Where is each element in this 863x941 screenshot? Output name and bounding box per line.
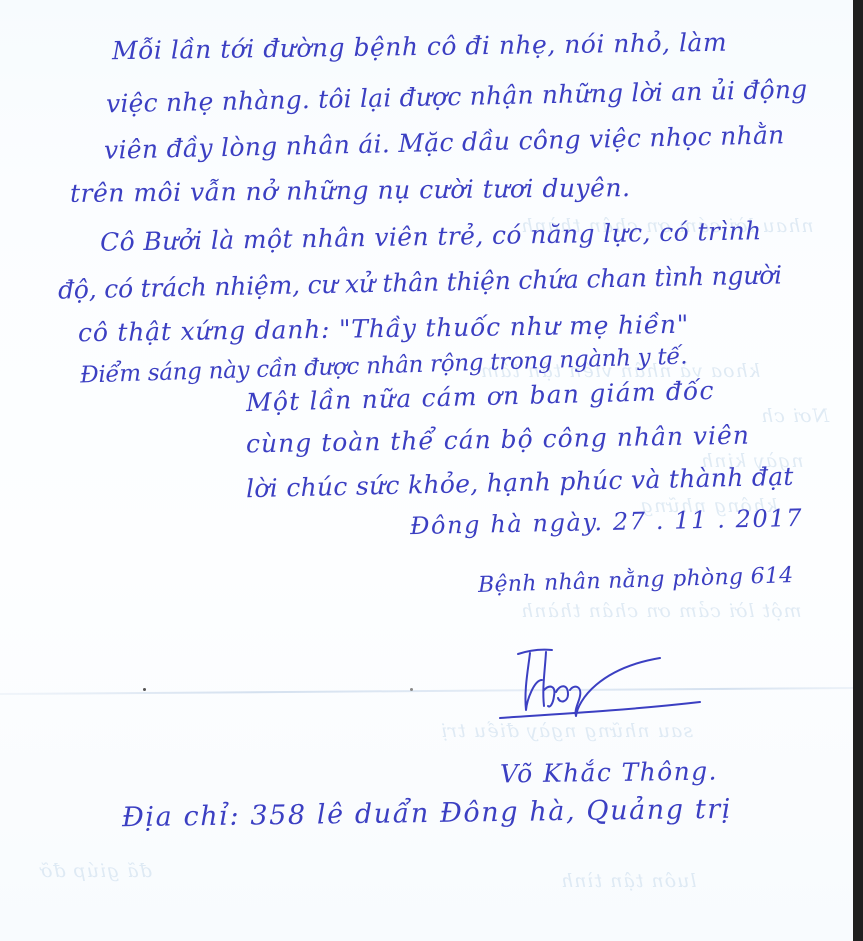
letter-line: Một lần nữa cám ơn ban giám đốc: [246, 378, 715, 415]
letter-line: trên môi vẫn nở những nụ cười tươi duyên…: [70, 175, 631, 206]
signature-scribble-icon: [490, 640, 730, 730]
letter-paper: nhau lời cám ơn chân thành khoa và nhân …: [0, 0, 853, 941]
letter-line: cùng toàn thể cán bộ công nhân viên: [246, 423, 750, 457]
letter-line: viên đầy lòng nhân ái. Mặc dầu công việc…: [104, 122, 785, 162]
letter-line: Cô Bưởi là một nhân viên trẻ, có năng lự…: [100, 218, 762, 255]
sender-note: Bệnh nhân nằng phòng 614: [478, 565, 794, 597]
ink-speck: [143, 688, 146, 691]
signature: [490, 640, 730, 730]
bleed-through-text: Nơi ch: [760, 405, 829, 427]
place-date: Đông hà ngày. 27 . 11 . 2017: [410, 506, 804, 538]
bleed-through-text: luôn tận tình: [560, 870, 696, 892]
signer-name: Võ Khắc Thông.: [500, 758, 718, 786]
letter-line: việc nhẹ nhàng. tôi lại được nhận những …: [106, 77, 808, 117]
letter-line: cô thật xứng danh: "Thầy thuốc như mẹ hi…: [78, 312, 689, 346]
letter-line: Mỗi lần tới đường bệnh cô đi nhẹ, nói nh…: [112, 30, 727, 64]
sender-address: Địa chỉ: 358 lê duẩn Đông hà, Quảng trị: [122, 796, 732, 832]
ink-speck: [410, 688, 413, 691]
bleed-through-text: đã giúp đỡ: [40, 860, 152, 882]
bleed-through-text: một lời cảm ơn chân thành: [520, 600, 802, 622]
letter-line: độ, có trách nhiệm, cư xử thân thiện chứ…: [58, 262, 782, 302]
scan-border: [853, 0, 863, 941]
